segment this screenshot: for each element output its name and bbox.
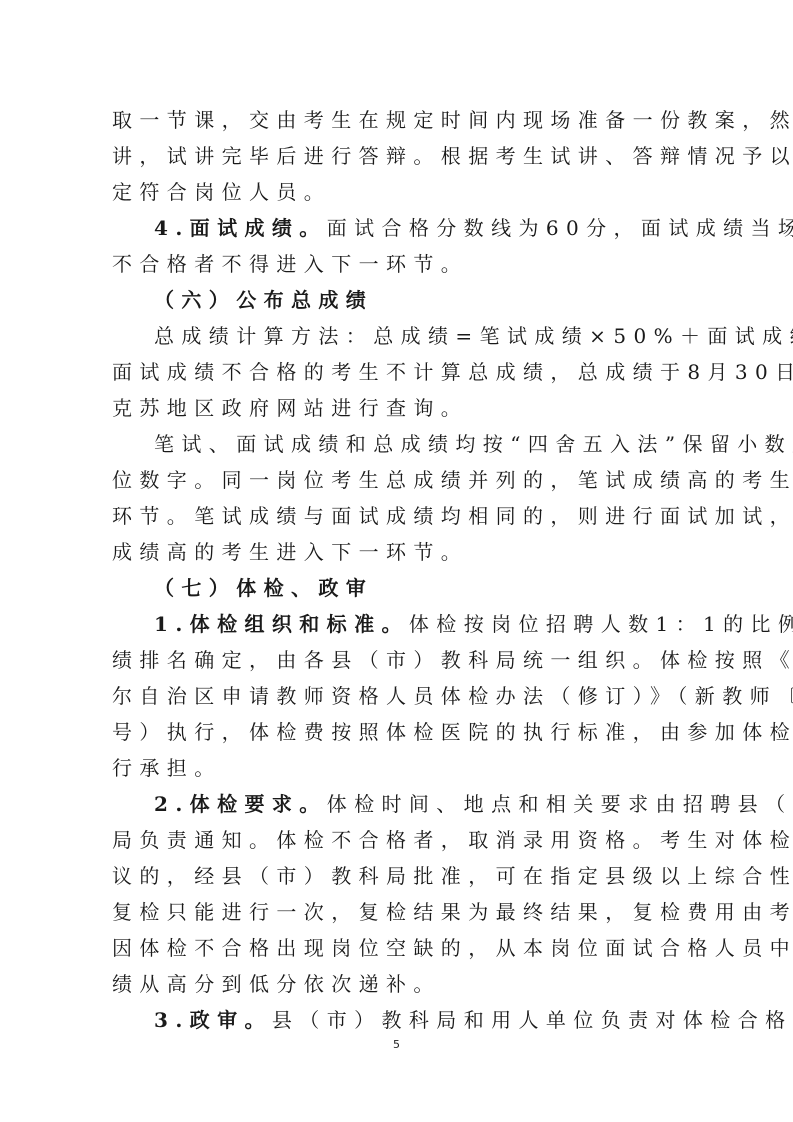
body-line: 环节。笔试成绩与面试成绩均相同的，则进行面试加试，面试加试: [112, 498, 702, 534]
body-line: 克苏地区政府网站进行查询。: [112, 390, 702, 426]
body-line: 笔试、面试成绩和总成绩均按“四舍五入法”保留小数点后两: [112, 426, 702, 462]
body-line: 复检只能进行一次，复检结果为最终结果，复检费用由考生承担。: [112, 894, 702, 930]
body-line: 绩排名确定，由各县（市）教科局统一组织。体检按照《新疆维吾: [112, 642, 702, 678]
body-line: 议的，经县（市）教科局批准，可在指定县级以上综合性医院复检，: [112, 858, 702, 894]
body-text: 面试合格分数线为60分，面试成绩当场公布，: [327, 216, 793, 240]
paragraph-political-review: 3.政审。县（市）教科局和用人单位负责对体检合格考生按规: [112, 1002, 702, 1038]
paragraph-exam-requirements: 2.体检要求。体检时间、地点和相关要求由招聘县（市）教科: [112, 786, 702, 822]
body-line: 位数字。同一岗位考生总成绩并列的，笔试成绩高的考生进入下一: [112, 462, 702, 498]
body-line: 总成绩计算方法：总成绩=笔试成绩×50%＋面试成绩×50%。: [112, 318, 702, 354]
body-line: 号）执行，体检费按照体检医院的执行标准，由参加体检的考生自: [112, 714, 702, 750]
document-body: 取一节课，交由考生在规定时间内现场准备一份教案，然后进行试 讲，试讲完毕后进行答…: [112, 102, 702, 1038]
body-text: 体检时间、地点和相关要求由招聘县（市）教科: [327, 792, 793, 816]
document-page: 取一节课，交由考生在规定时间内现场准备一份教案，然后进行试 讲，试讲完毕后进行答…: [0, 0, 793, 1122]
body-line: 取一节课，交由考生在规定时间内现场准备一份教案，然后进行试: [112, 102, 702, 138]
body-line: 定符合岗位人员。: [112, 174, 702, 210]
body-text: 县（市）教科局和用人单位负责对体检合格考生按规: [272, 1008, 793, 1032]
body-line: 局负责通知。体检不合格者，取消录用资格。考生对体检结果有异: [112, 822, 702, 858]
body-line: 不合格者不得进入下一环节。: [112, 246, 702, 282]
page-number: 5: [0, 1038, 793, 1051]
item-title: 2.体检要求。: [154, 792, 327, 816]
paragraph-exam-organization: 1.体检组织和标准。体检按岗位招聘人数1：1的比例和总成: [112, 606, 702, 642]
item-title: 3.政审。: [154, 1008, 272, 1032]
body-text: 体检按岗位招聘人数1：1的比例和总成: [409, 612, 793, 636]
body-line: 成绩高的考生进入下一环节。: [112, 534, 702, 570]
item-title: 4.面试成绩。: [154, 216, 327, 240]
body-line: 面试成绩不合格的考生不计算总成绩，总成绩于8月30日登陆阿: [112, 354, 702, 390]
paragraph-interview-score: 4.面试成绩。面试合格分数线为60分，面试成绩当场公布，: [112, 210, 702, 246]
body-line: 因体检不合格出现岗位空缺的，从本岗位面试合格人员中，按总成: [112, 930, 702, 966]
section-heading-physical-exam: （七）体检、政审: [112, 570, 702, 606]
section-heading-total-score: （六）公布总成绩: [112, 282, 702, 318]
body-line: 行承担。: [112, 750, 702, 786]
body-line: 讲，试讲完毕后进行答辩。根据考生试讲、答辩情况予以赋分，确: [112, 138, 702, 174]
body-line: 尔自治区申请教师资格人员体检办法（修订）》（新教师〔2010〕8: [112, 678, 702, 714]
body-line: 绩从高分到低分依次递补。: [112, 966, 702, 1002]
item-title: 1.体检组织和标准。: [154, 612, 409, 636]
